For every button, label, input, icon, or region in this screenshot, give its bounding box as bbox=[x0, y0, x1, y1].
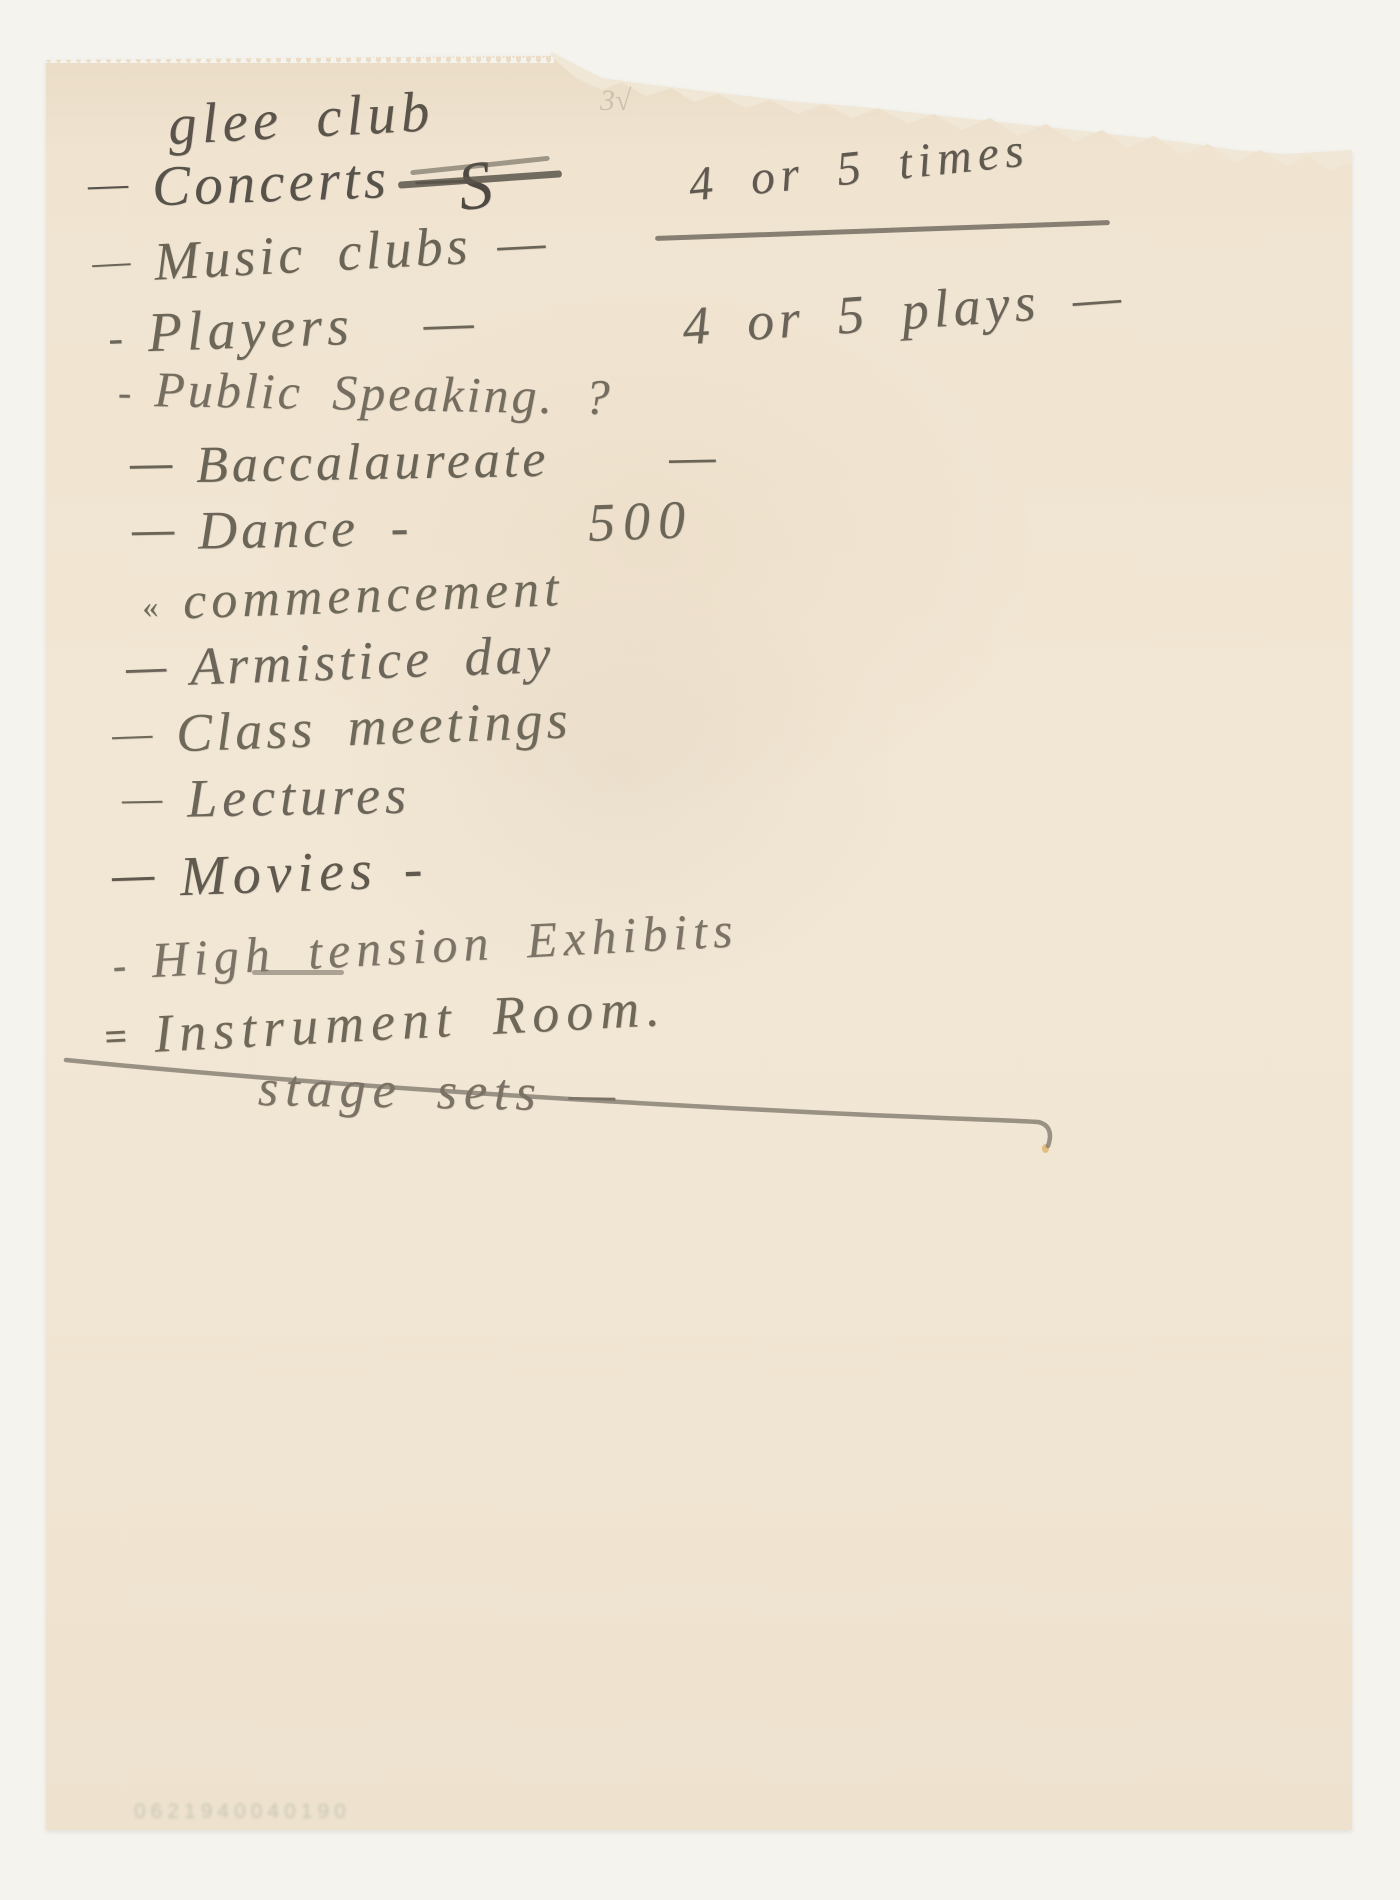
paper-sheet bbox=[46, 52, 1352, 1830]
pencil-rule-line bbox=[46, 52, 1352, 1830]
scanned-document-page: { "colors": { "background": "#f4f3ee", "… bbox=[0, 0, 1400, 1900]
